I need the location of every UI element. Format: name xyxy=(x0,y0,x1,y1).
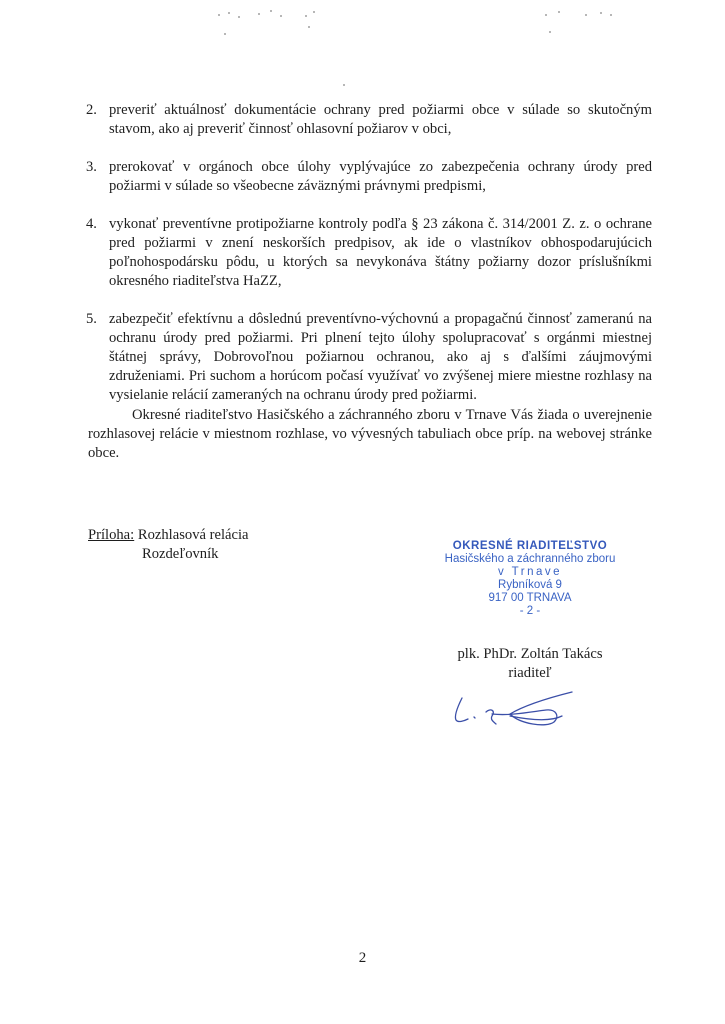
stamp-line: Hasičského a záchranného zboru xyxy=(430,553,630,566)
list-item-number: 4. xyxy=(86,215,97,234)
official-stamp: OKRESNÉ RIADITEĽSTVO Hasičského a záchra… xyxy=(430,540,630,618)
attachment-block: Príloha: Rozhlasová relácia Rozdeľovník xyxy=(88,526,249,564)
attachment-item: Rozhlasová relácia xyxy=(138,527,249,543)
signer-name: plk. PhDr. Zoltán Takács xyxy=(430,645,630,664)
signer-block: plk. PhDr. Zoltán Takács riaditeľ xyxy=(430,645,630,683)
list-item-text: preveriť aktuálnosť dokumentácie ochrany… xyxy=(109,102,652,137)
stamp-line: OKRESNÉ RIADITEĽSTVO xyxy=(430,540,630,553)
list-item: 5. zabezpečiť efektívnu a dôslednú preve… xyxy=(86,310,652,405)
signature-icon xyxy=(450,690,580,735)
attachment-item: Rozdeľovník xyxy=(142,546,218,562)
list-item-number: 5. xyxy=(86,310,97,329)
list-item-text: vykonať preventívne protipožiarne kontro… xyxy=(109,216,652,289)
list-item-text: zabezpečiť efektívnu a dôslednú preventí… xyxy=(109,311,652,403)
list-item: 4. vykonať preventívne protipožiarne kon… xyxy=(86,215,652,291)
stamp-line: Rybníková 9 xyxy=(430,579,630,592)
stamp-line: - 2 - xyxy=(430,605,630,618)
list-item-text: prerokovať v orgánoch obce úlohy vyplýva… xyxy=(109,159,652,194)
signer-title: riaditeľ xyxy=(430,664,630,683)
stamp-line: 917 00 TRNAVA xyxy=(430,592,630,605)
task-list: 2. preveriť aktuálnosť dokumentácie ochr… xyxy=(86,101,652,424)
list-item: 3. prerokovať v orgánoch obce úlohy vypl… xyxy=(86,158,652,196)
list-item: 2. preveriť aktuálnosť dokumentácie ochr… xyxy=(86,101,652,139)
stamp-line: v Trnave xyxy=(430,566,630,579)
attachment-label: Príloha: xyxy=(88,527,134,543)
list-item-number: 2. xyxy=(86,101,97,120)
closing-paragraph: Okresné riaditeľstvo Hasičského a záchra… xyxy=(88,406,652,463)
page-number: 2 xyxy=(0,950,725,967)
list-item-number: 3. xyxy=(86,158,97,177)
